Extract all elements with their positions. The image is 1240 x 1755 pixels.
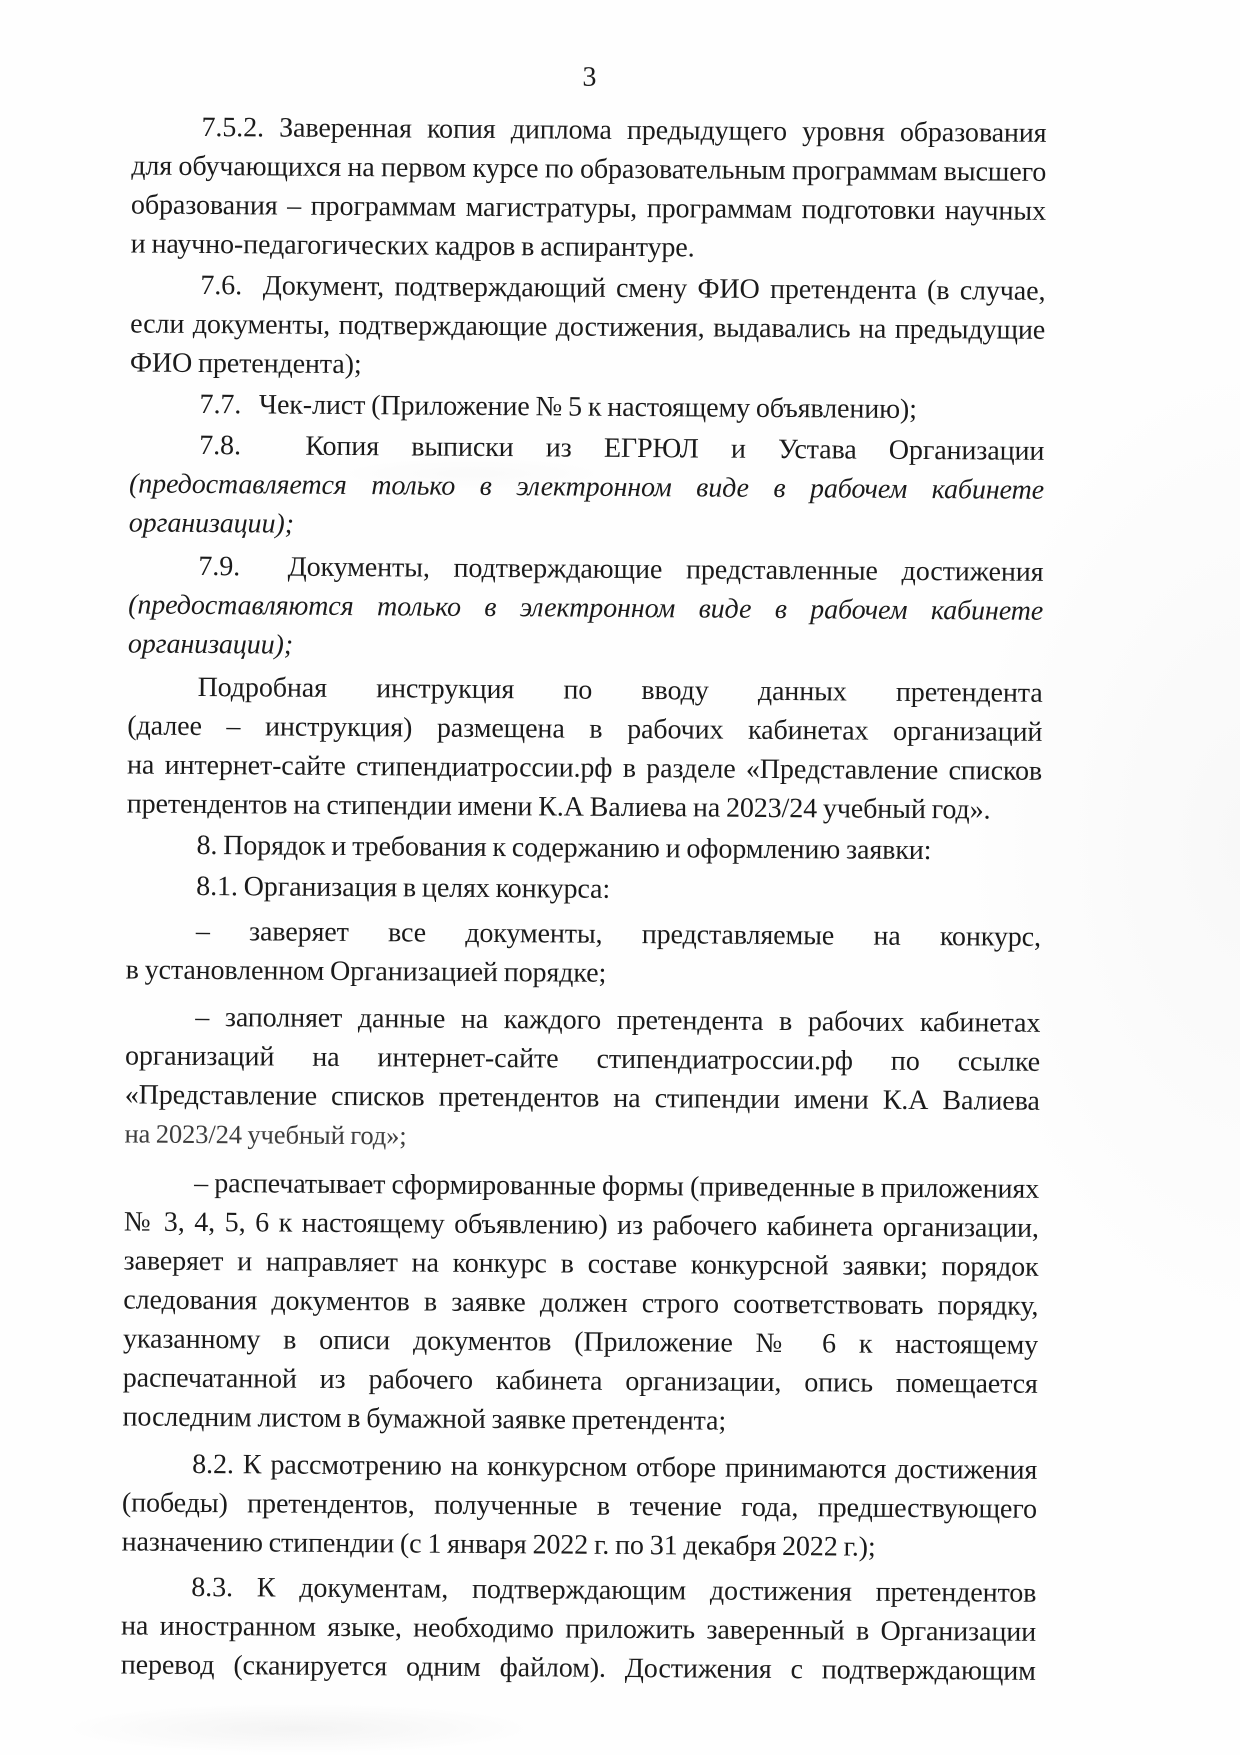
text-line: (далее – инструкция) размещена в рабочих… xyxy=(127,706,1042,751)
text-line: 7.7. Чек-лист (Приложение № 5 к настояще… xyxy=(129,384,1044,429)
text-line: 8.1. Организация в целях конкурса: xyxy=(126,866,1041,911)
para-8: 8. Порядок и требования к содержанию и о… xyxy=(126,825,1041,870)
para-7-7: 7.7. Чек-лист (Приложение № 5 к настояще… xyxy=(129,384,1044,429)
text-line: Подробная инструкция по вводу данных пре… xyxy=(127,667,1042,712)
text-line: распечатанной из рабочего кабинета орган… xyxy=(123,1358,1038,1403)
text-line: (предоставляются только в электронном ви… xyxy=(128,585,1043,630)
text-line: перевод (сканируется одним файлом). Дост… xyxy=(121,1645,1036,1690)
text-line: следования документов в заявке должен ст… xyxy=(123,1280,1038,1325)
text-line: 7.6. Документ, подтверждающий смену ФИО … xyxy=(130,265,1045,310)
text-line: последним листом в бумажной заявке прете… xyxy=(122,1397,1037,1442)
text-line: № 3, 4, 5, 6 к настоящему объявлению) из… xyxy=(124,1202,1039,1247)
text-line: 8.2. К рассмотрению на конкурсном отборе… xyxy=(122,1444,1037,1489)
para-8-3: 8.3. К документам, подтверждающим достиж… xyxy=(121,1567,1037,1690)
text-line: и научно-педагогических кадров в аспиран… xyxy=(131,224,1046,269)
page-number: 3 xyxy=(132,59,1047,95)
text-line: назначению стипендии (с 1 января 2022 г.… xyxy=(122,1522,1037,1567)
text-line: претендентов на стипендии имени К.А Вали… xyxy=(127,784,1042,829)
text-line: – распечатывает сформированные формы (пр… xyxy=(124,1163,1039,1208)
para-dash-fills: – заполняет данные на каждого претендент… xyxy=(124,997,1040,1159)
text-line: 8. Порядок и требования к содержанию и о… xyxy=(126,825,1041,870)
text-line: в установленном Организацией порядке; xyxy=(126,950,1041,995)
text-line: ФИО претендента); xyxy=(130,343,1045,388)
para-7-8: 7.8. Копия выписки из ЕГРЮЛ и Устава Орг… xyxy=(129,425,1045,548)
para-dash-certifies: – заверяет все документы, представляемые… xyxy=(126,911,1042,995)
text-line: на интернет-сайте стипендиатроссии.рф в … xyxy=(127,745,1042,790)
text-line: указанному в описи документов (Приложени… xyxy=(123,1319,1038,1364)
text-line: образования – программам магистратуры, п… xyxy=(131,185,1046,230)
para-7-5-2: 7.5.2. Заверенная копия диплома предыдущ… xyxy=(131,107,1047,269)
text-line: – заполняет данные на каждого претендент… xyxy=(125,997,1040,1042)
para-7-9: 7.9. Документы, подтверждающие представл… xyxy=(128,546,1044,669)
text-line: – заверяет все документы, представляемые… xyxy=(126,911,1041,956)
text-line: 7.8. Копия выписки из ЕГРЮЛ и Устава Орг… xyxy=(129,425,1044,470)
para-dash-prints: – распечатывает сформированные формы (пр… xyxy=(122,1163,1039,1442)
text-line: заверяет и направляет на конкурс в соста… xyxy=(123,1241,1038,1286)
text-line: 8.3. К документам, подтверждающим достиж… xyxy=(121,1567,1036,1612)
text-line: организации); xyxy=(128,624,1043,669)
para-8-2: 8.2. К рассмотрению на конкурсном отборе… xyxy=(122,1444,1038,1567)
text-line: на 2023/24 учебный год»; xyxy=(124,1114,1039,1159)
text-line: организации); xyxy=(129,503,1044,548)
text-line: (предоставляется только в электронном ви… xyxy=(129,464,1044,509)
document-page: 3 7.5.2. Заверенная копия диплома предыд… xyxy=(0,0,1240,1755)
text-line: на иностранном языке, необходимо приложи… xyxy=(121,1606,1036,1651)
para-instruction: Подробная инструкция по вводу данных пре… xyxy=(127,667,1043,829)
text-line: «Представление списков претендентов на с… xyxy=(125,1075,1040,1120)
paragraphs-container: 7.5.2. Заверенная копия диплома предыдущ… xyxy=(121,107,1047,1690)
text-line: для обучающихся на первом курсе по образ… xyxy=(131,146,1046,191)
page-content: 3 7.5.2. Заверенная копия диплома предыд… xyxy=(121,59,1047,1690)
para-7-6: 7.6. Документ, подтверждающий смену ФИО … xyxy=(130,265,1046,388)
text-line: организаций на интернет-сайте стипендиат… xyxy=(125,1036,1040,1081)
para-8-1: 8.1. Организация в целях конкурса: xyxy=(126,866,1041,911)
text-line: 7.5.2. Заверенная копия диплома предыдущ… xyxy=(131,107,1046,152)
text-line: (победы) претендентов, полученные в тече… xyxy=(122,1483,1037,1528)
text-line: 7.9. Документы, подтверждающие представл… xyxy=(128,546,1043,591)
text-line: если документы, подтверждающие достижени… xyxy=(130,304,1045,349)
